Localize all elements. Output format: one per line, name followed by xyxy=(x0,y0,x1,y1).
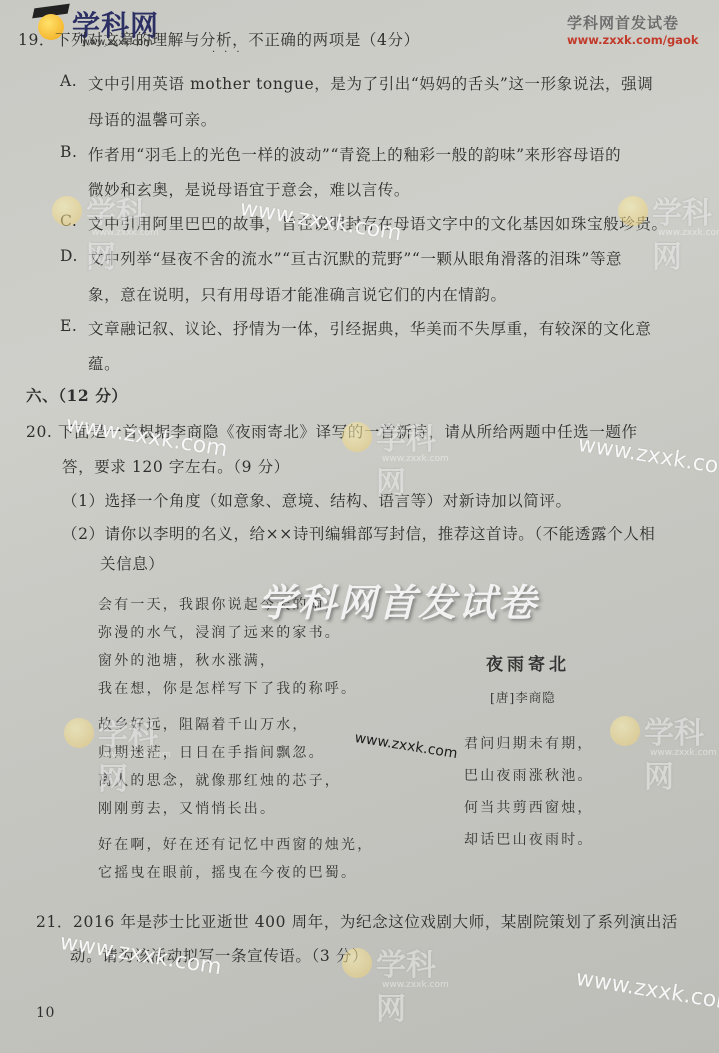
q21-line1: 21．2016 年是莎士比亚逝世 400 周年，为纪念这位戏剧大师，某剧院策划了… xyxy=(36,910,678,932)
q19-option-e-line2: 蕴。 xyxy=(88,352,120,374)
watermark-url: www.zxxk.com xyxy=(576,432,719,482)
q20-sub1: （1）选择一个角度（如意象、意境、结构、语言等）对新诗加以简评。 xyxy=(62,489,572,511)
header-right-url: www.zxxk.com/gaok xyxy=(567,33,699,47)
mascot-icon xyxy=(64,718,94,748)
new-poem-line: 刚刚剪去，又悄悄长出。 xyxy=(98,798,276,818)
section-heading: 六、（12 分） xyxy=(26,384,128,406)
watermark-logo: 学科网 www.zxxk.com xyxy=(64,710,174,770)
watermark-url: www.zxxk.com xyxy=(58,930,223,980)
q20-line2: 答，要求 120 字左右。（9 分） xyxy=(62,455,290,477)
original-poem-title: 夜雨寄北 xyxy=(486,650,570,675)
q20-sub2-line1: （2）请你以李明的名义，给××诗刊编辑部写封信，推荐这首诗。（不能透露个人相 xyxy=(62,522,655,544)
q19-option-d-label: D. xyxy=(60,247,78,265)
q19-option-a-line1: 文中引用英语 mother tongue，是为了引出“妈妈的舌头”这一形象说法，… xyxy=(88,72,653,94)
watermark-banner: 学科网首发试卷 xyxy=(258,572,538,627)
q19-option-b-label: B. xyxy=(60,143,78,161)
q19-option-d-line2: 象，意在说明，只有用母语才能准确言说它们的内在情韵。 xyxy=(88,283,507,305)
watermark-url: www.zxxk.com xyxy=(353,730,458,762)
mascot-icon xyxy=(610,716,640,746)
q19-option-b-line1: 作者用“羽毛上的光色一样的波动”“青瓷上的釉彩一般的韵味”来形容母语的 xyxy=(88,143,621,165)
q19-option-d-line1: 文中列举“昼夜不舍的流水”“亘古沉默的荒野”“一颗从眼角滑落的泪珠”等意 xyxy=(88,247,622,269)
q19-option-a-line2: 母语的温馨可亲。 xyxy=(88,108,217,130)
exam-page: 学科网 www.zxxk.com 学科网首发试卷 www.zxxk.com/ga… xyxy=(0,0,719,1053)
new-poem-line: 好在啊，好在还有记忆中西窗的烛光， xyxy=(98,834,373,854)
watermark-logo: 学科网 www.zxxk.com xyxy=(618,188,719,248)
mascot-icon xyxy=(52,196,82,226)
original-poem-line: 巴山夜雨涨秋池。 xyxy=(464,765,594,785)
mascot-icon xyxy=(342,948,372,978)
q20-sub2-line2: 关信息） xyxy=(100,552,164,574)
new-poem-line: 它摇曳在眼前，摇曳在今夜的巴蜀。 xyxy=(98,862,357,882)
original-poem-line: 何当共剪西窗烛， xyxy=(464,797,594,817)
watermark-logo: 学科网 www.zxxk.com xyxy=(342,940,452,1000)
watermark-url: www.zxxk.com xyxy=(574,966,719,1016)
new-poem-line: 我在想，你是怎样写下了我的称呼。 xyxy=(98,678,357,698)
page-number: 10 xyxy=(36,1005,55,1021)
original-poem-line: 却话巴山夜雨时。 xyxy=(464,829,594,849)
header-right-title: 学科网首发试卷 xyxy=(567,12,679,33)
watermark-logo: 学科网 www.zxxk.com xyxy=(52,188,162,248)
emphasis-dots: ··· xyxy=(212,47,249,58)
mascot-icon xyxy=(618,196,648,226)
watermark-url: www.zxxk.com xyxy=(238,196,403,246)
watermark-logo: 学科网 www.zxxk.com xyxy=(342,414,452,474)
watermark-logo: 学科网 www.zxxk.com xyxy=(610,708,719,768)
new-poem-line: 窗外的池塘，秋水涨满， xyxy=(98,650,276,670)
original-poem-author: [唐]李商隐 xyxy=(490,688,556,706)
original-poem-line: 君问归期未有期， xyxy=(464,733,594,753)
mascot-icon xyxy=(342,422,372,452)
q19-option-a-label: A. xyxy=(60,72,77,90)
q19-option-e-label: E. xyxy=(60,317,77,335)
q19-option-e-line1: 文章融记叙、议论、抒情为一体，引经据典，华美而不失厚重，有较深的文化意 xyxy=(88,317,652,339)
